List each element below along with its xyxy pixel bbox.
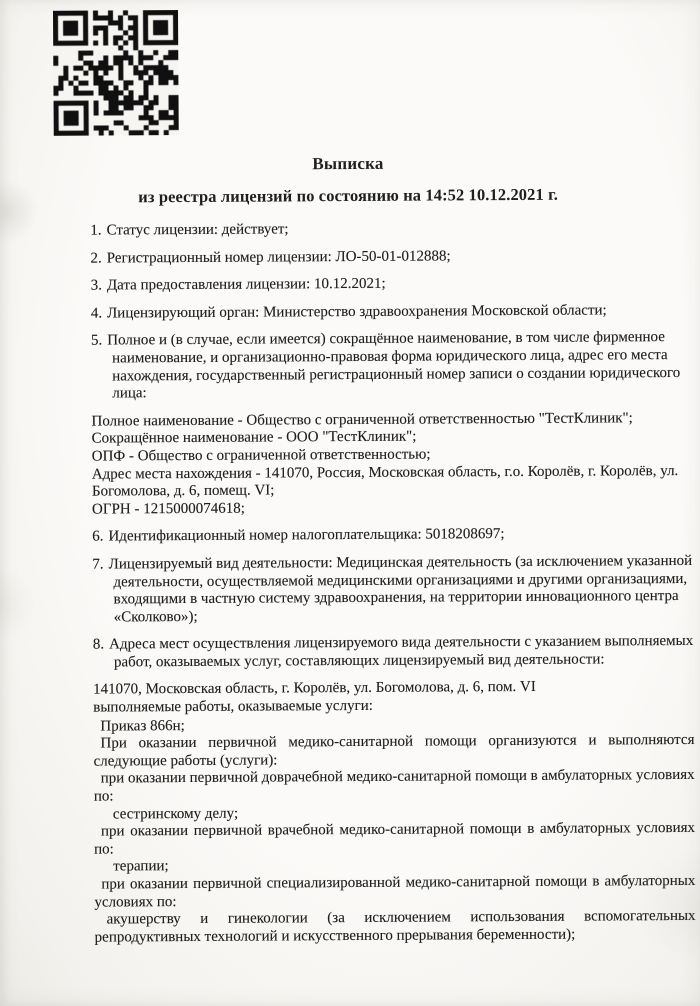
document-body: 1.Статус лицензии: действует; 2.Регистра…	[90, 219, 695, 947]
service-line-primary-care: При оказании первичной медико-санитарной…	[93, 732, 694, 771]
item-number: 2.	[90, 250, 106, 266]
scanned-license-document: Выписка из реестра лицензий по состоянию…	[0, 0, 700, 1006]
item-text: Статус лицензии: действует;	[107, 221, 289, 238]
works-services-label: выполняемые работы, оказываемые услуги:	[93, 696, 694, 717]
org-ogrn-line: ОГРН - 1215000074618;	[92, 498, 693, 519]
license-item-status: 1.Статус лицензии: действует;	[90, 219, 691, 240]
item-text: Дата предоставления лицензии: 10.12.2021…	[107, 276, 386, 294]
document-title: Выписка	[0, 152, 698, 176]
item-text: Лицензирующий орган: Министерство здраво…	[107, 302, 607, 321]
item-text: Полное и (в случае, если имеется) сокращ…	[107, 329, 680, 401]
item-number: 1.	[90, 222, 106, 238]
activity-address-block: 141070, Московская область, г. Королёв, …	[93, 678, 694, 717]
item-number: 4.	[91, 305, 107, 321]
document-content: Выписка из реестра лицензий по состоянию…	[0, 0, 700, 1006]
license-item-org-name-heading: 5.Полное и (в случае, если имеется) сокр…	[91, 329, 692, 403]
license-item-authority: 4.Лицензирующий орган: Министерство здра…	[91, 302, 692, 323]
org-address-line: Адрес места нахождения - 141070, Россия,…	[92, 462, 693, 501]
license-item-activity-type: 7.Лицензируемый вид деятельности: Медици…	[92, 553, 693, 627]
document-subtitle: из реестра лицензий по состоянию на 14:5…	[0, 184, 698, 208]
item-text: Адреса мест осуществления лицензируемого…	[109, 633, 693, 670]
service-line-obstetrics: акушерству и гинекологии (за исключением…	[94, 908, 695, 947]
license-item-activity-addresses: 8.Адреса мест осуществления лицензируемо…	[93, 633, 694, 672]
item-number: 8.	[93, 637, 109, 653]
org-details-block: Полное наименование - Общество с огранич…	[91, 410, 693, 519]
item-text: Идентификационный номер налогоплательщик…	[108, 526, 504, 544]
item-number: 6.	[92, 529, 108, 545]
item-text: Лицензируемый вид деятельности: Медицинс…	[109, 553, 693, 625]
service-line-medical: при оказании первичной врачебной медико-…	[94, 820, 695, 859]
license-item-reg-number: 2.Регистрационный номер лицензии: ЛО-50-…	[90, 247, 691, 268]
license-item-grant-date: 3.Дата предоставления лицензии: 10.12.20…	[91, 274, 692, 295]
qr-code-icon	[53, 10, 179, 136]
item-text: Регистрационный номер лицензии: ЛО-50-01…	[107, 248, 451, 266]
service-line-pre-medical: при оказании первичной доврачебной медик…	[94, 767, 695, 806]
item-number: 5.	[91, 333, 107, 349]
service-line-specialized: при оказании первичной специализированно…	[94, 873, 695, 912]
item-number: 7.	[92, 556, 108, 572]
item-number: 3.	[91, 278, 107, 294]
license-item-inn: 6.Идентификационный номер налогоплательщ…	[92, 525, 693, 546]
